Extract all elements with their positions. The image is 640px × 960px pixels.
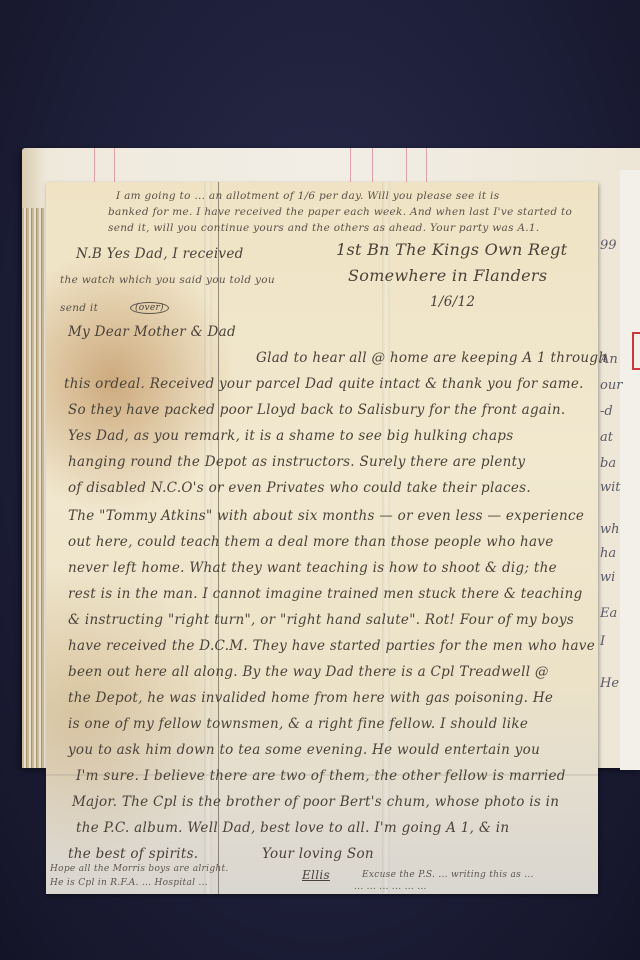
- page-fragment: at: [600, 430, 613, 445]
- body-line: hanging round the Depot as instructors. …: [68, 454, 525, 470]
- page-fragment: -d: [600, 404, 613, 419]
- body-line: rest is in the man. I cannot imagine tra…: [68, 586, 583, 602]
- body-line: never left home. What they want teaching…: [68, 560, 557, 576]
- body-line: this ordeal. Received your parcel Dad qu…: [64, 376, 584, 392]
- body-line: the best of spirits.: [68, 846, 198, 862]
- body-line: & instructing "right turn", or "right ha…: [68, 612, 574, 628]
- nb-note-line: send it: [60, 302, 98, 314]
- over-marker: (over): [130, 302, 169, 314]
- body-line: you to ask him down to tea some evening.…: [68, 742, 540, 758]
- page-fragment: He: [600, 676, 619, 691]
- body-line: Glad to hear all @ home are keeping A 1 …: [256, 350, 607, 366]
- body-line: Major. The Cpl is the brother of poor Be…: [72, 794, 559, 810]
- page-fragment: 99: [600, 238, 617, 253]
- margin-note-line: I am going to ... an allotment of 1/6 pe…: [116, 190, 499, 202]
- nb-note-line: N.B Yes Dad, I received: [76, 246, 244, 262]
- margin-note-line: send it, will you continue yours and the…: [108, 222, 540, 234]
- body-line: Yes Dad, as you remark, it is a shame to…: [68, 428, 513, 444]
- page-fragment: Ea: [600, 606, 617, 621]
- letter-sheet: I am going to ... an allotment of 1/6 pe…: [46, 182, 598, 894]
- page-fragment: our: [600, 378, 622, 393]
- salutation: My Dear Mother & Dad: [68, 324, 236, 340]
- postscript-line: Hope all the Morris boys are alright.: [50, 864, 229, 874]
- location-header: Somewhere in Flanders: [348, 266, 547, 285]
- book-page-edges: [22, 208, 44, 768]
- signature: Ellis: [302, 868, 330, 882]
- red-frame-mark: [632, 332, 640, 370]
- body-line: is one of my fellow townsmen, & a right …: [68, 716, 528, 732]
- nb-note-line: the watch which you said you told you: [60, 274, 275, 286]
- body-line: have received the D.C.M. They have start…: [68, 638, 595, 654]
- body-line: So they have packed poor Lloyd back to S…: [68, 402, 565, 418]
- body-line: been out here all along. By the way Dad …: [68, 664, 549, 680]
- margin-note-line: banked for me. I have received the paper…: [108, 206, 572, 218]
- body-line: I'm sure. I believe there are two of the…: [76, 768, 566, 784]
- page-fragment: ba: [600, 456, 616, 471]
- page-fragment: wit: [600, 480, 621, 495]
- page-fragment: wh: [600, 522, 620, 537]
- postscript-line: He is Cpl in R.F.A. ... Hospital ...: [50, 878, 208, 888]
- date: 1/6/12: [430, 294, 475, 310]
- postscript-line: ... ... ... ... ... ...: [354, 882, 427, 892]
- underlying-page: [620, 170, 640, 770]
- body-line: of disabled N.C.O's or even Privates who…: [68, 480, 531, 496]
- closing: Your loving Son: [262, 846, 374, 862]
- page-fragment: ha: [600, 546, 616, 561]
- body-line: the Depot, he was invalided home from he…: [68, 690, 553, 706]
- unit-header: 1st Bn The Kings Own Regt: [336, 240, 567, 259]
- page-fragment: wi: [600, 570, 615, 585]
- body-line: out here, could teach them a deal more t…: [68, 534, 554, 550]
- page-fragment: I: [600, 634, 605, 649]
- body-line: the P.C. album. Well Dad, best love to a…: [76, 820, 509, 836]
- postscript-line: Excuse the P.S. ... writing this as ...: [362, 870, 534, 880]
- body-line: The "Tommy Atkins" with about six months…: [68, 508, 584, 524]
